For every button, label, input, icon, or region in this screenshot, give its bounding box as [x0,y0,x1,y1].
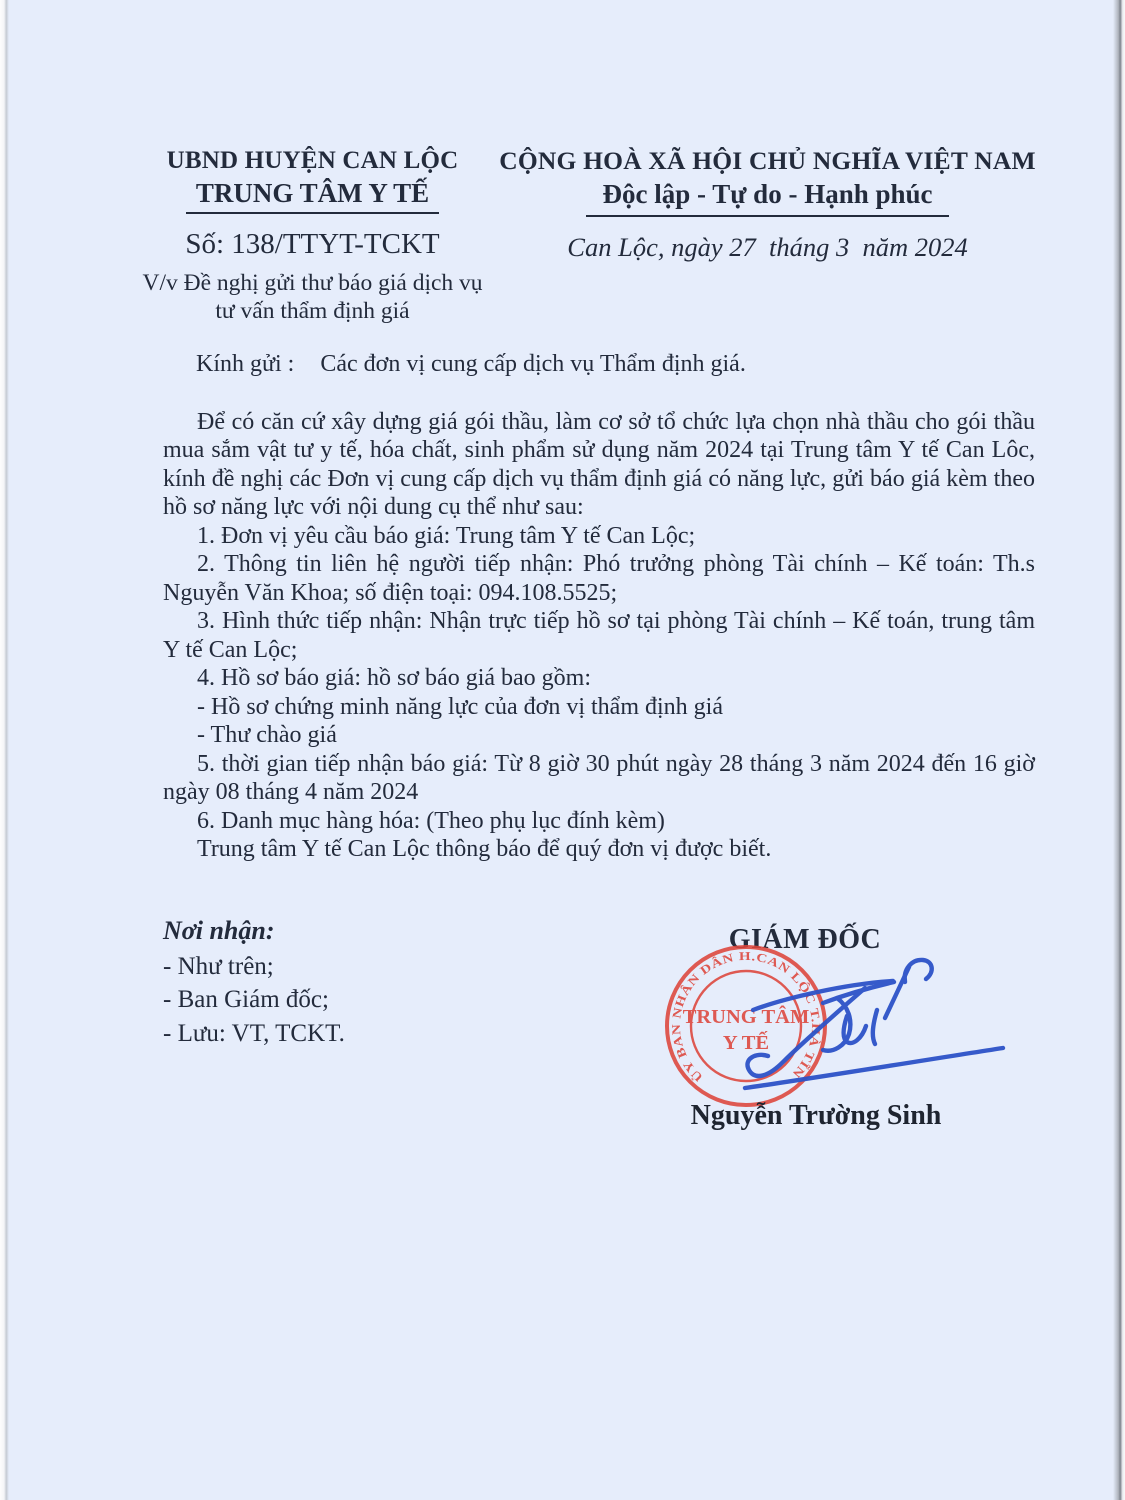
recipients-title: Nơi nhận: [163,914,345,948]
document-subject: V/v Đề nghị gửi thư báo giá dịch vụ tư v… [115,269,510,325]
body-paragraph: 1. Đơn vị yêu cầu báo giá: Trung tâm Y t… [163,522,1035,551]
scan-edge-left [0,0,9,1500]
body-paragraph: 6. Danh mục hàng hóa: (Theo phụ lục đính… [163,807,1035,836]
issuer-org-name: TRUNG TÂM Y TẾ [186,178,439,215]
document-number: Số: 138/TTYT-TCKT [115,227,510,261]
recipients-block: Nơi nhận: - Như trên; - Ban Giám đốc; - … [163,914,345,1050]
salutation-line: Kính gửi :Các đơn vị cung cấp dịch vụ Th… [163,350,1035,379]
signer-name: Nguyễn Trường Sinh [660,1100,972,1132]
letter-body: Kính gửi :Các đơn vị cung cấp dịch vụ Th… [163,350,1035,864]
signature-stroke [844,1016,866,1043]
header-issuer-block: UBND HUYỆN CAN LỘC TRUNG TÂM Y TẾ Số: 13… [115,146,510,325]
scan-edge-right [1113,0,1125,1500]
body-paragraph: - Thư chào giá [163,721,1035,750]
salutation-label: Kính gửi : [196,351,294,377]
subject-line-2: tư vấn thẩm định giá [115,297,510,325]
body-paragraph: 5. thời gian tiếp nhận báo giá: Từ 8 giờ… [163,750,1035,807]
salutation-target: Các đơn vị cung cấp dịch vụ Thẩm định gi… [320,351,745,377]
recipient-item: - Như trên; [163,950,345,984]
body-paragraph: Trung tâm Y tế Can Lộc thông báo để quý … [163,835,1035,864]
recipient-item: - Ban Giám đốc; [163,983,345,1017]
body-paragraph: 3. Hình thức tiếp nhận: Nhận trực tiếp h… [163,607,1035,664]
header-national-block: CỘNG HOÀ XÃ HỘI CHỦ NGHĨA VIỆT NAM Độc l… [495,146,1040,263]
body-paragraph: - Hồ sơ chứng minh năng lực của đơn vị t… [163,693,1035,722]
scanned-letter-page: { "header": { "left": { "parent_org": "U… [0,0,1125,1500]
national-motto-line2: Độc lập - Tự do - Hạnh phúc [586,179,948,217]
body-paragraph: 2. Thông tin liên hệ người tiếp nhận: Ph… [163,550,1035,607]
signature-stroke [873,1010,877,1044]
handwritten-signature [705,940,1025,1105]
body-paragraph: 4. Hồ sơ báo giá: hồ sơ báo giá bao gồm: [163,664,1035,693]
recipient-item: - Lưu: VT, TCKT. [163,1017,345,1051]
place-date-line: Can Lộc, ngày 27 tháng 3 năm 2024 [495,232,1040,263]
signature-stroke [745,1048,1003,1088]
national-motto-line1: CỘNG HOÀ XÃ HỘI CHỦ NGHĨA VIỆT NAM [495,146,1040,176]
subject-line-1: V/v Đề nghị gửi thư báo giá dịch vụ [115,269,510,297]
issuer-parent-org: UBND HUYỆN CAN LỘC [115,146,510,176]
body-paragraph: Để có căn cứ xây dựng giá gói thầu, làm … [163,408,1035,522]
